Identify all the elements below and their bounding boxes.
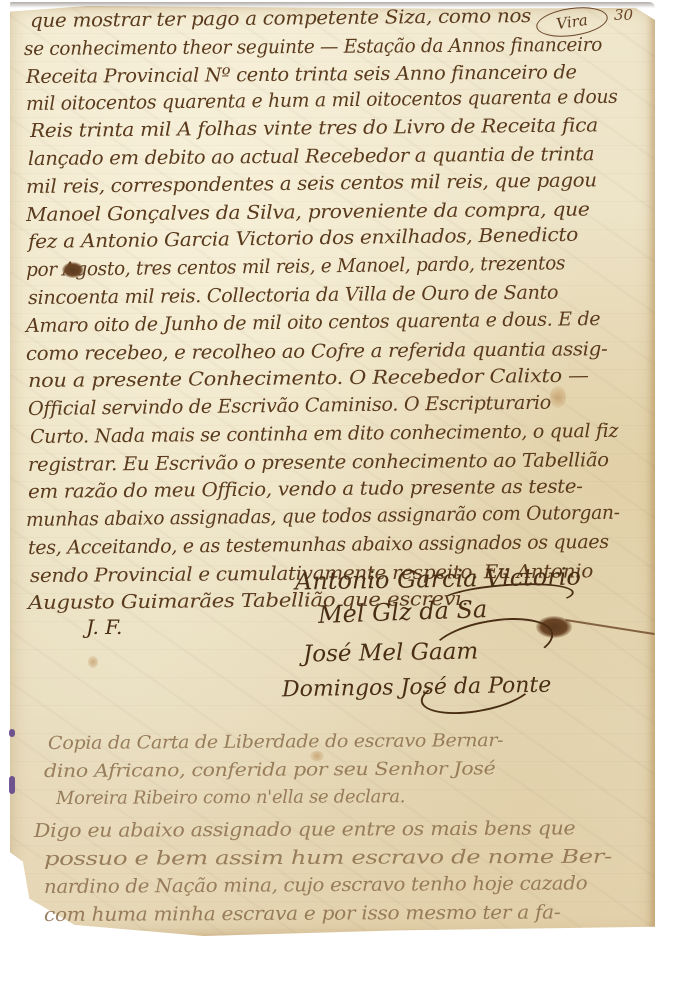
second-doc-body-line: com huma minha escrava e por isso mesmo … [44,901,560,926]
ink-blot [62,262,84,278]
second-doc-heading-line: Moreira Ribeiro como n'ella se declara. [56,786,405,809]
purple-ink-mark [9,776,15,794]
second-doc-body-line: possuo e bem assim hum escravo de nome B… [44,846,612,870]
body-line: Receita Provincial Nº cento trinta seis … [26,61,577,88]
foxing-stain [550,386,566,408]
closing-mark: J. F. [86,615,122,639]
purple-ink-mark [9,729,15,737]
margin-stamp-text: Vira [555,11,589,33]
body-line: se conhecimento theor seguinte — Estação… [24,34,602,60]
second-doc-body-line: nardino de Nação mina, cujo escravo tenh… [44,872,587,898]
folio-number: 30 [614,6,633,24]
second-doc-heading-line: Copia da Carta de Liberdade do escravo B… [48,730,503,754]
second-doc-heading-line: dino Africano, conferida por seu Senhor … [44,758,496,782]
signature-mel-glz-da-sa: Mel Glz da Sa [318,595,488,629]
second-doc-body-line: Digo eu abaixo assignado que entre os ma… [34,817,575,842]
foxing-stain [88,656,98,668]
